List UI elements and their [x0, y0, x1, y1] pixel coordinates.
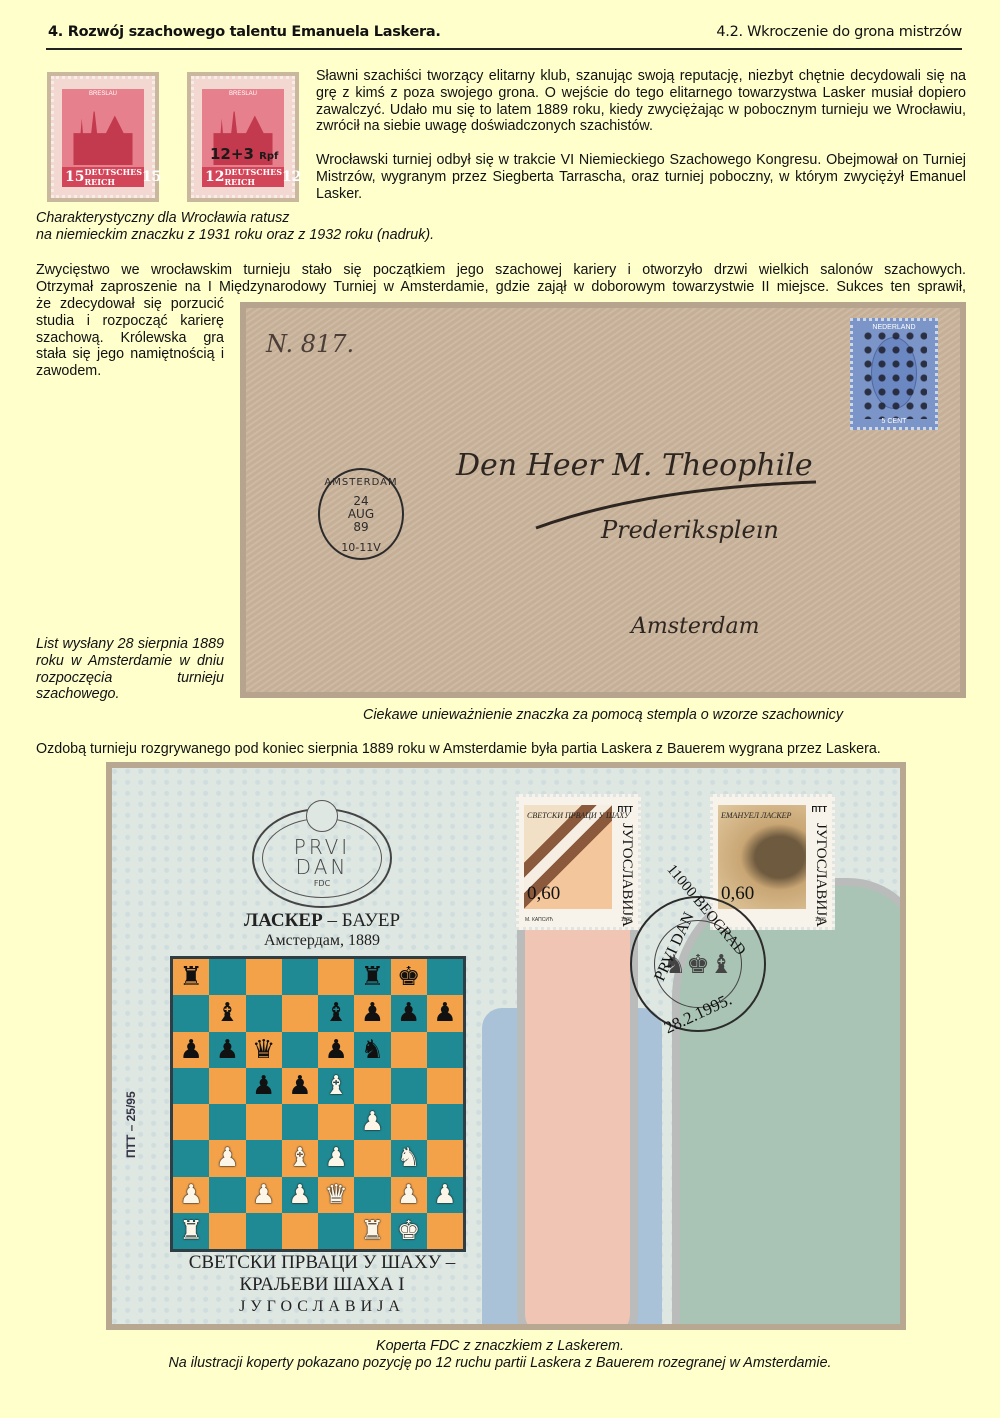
black-pawn-icon: ♟	[397, 1000, 420, 1026]
career-paragraph: Zwycięstwo we wrocławskim turnieju stało…	[36, 262, 966, 296]
letter-bottom-caption: Ciekawe unieważnienie znaczka za pomocą …	[240, 707, 966, 724]
square-a2: ♟	[173, 1177, 209, 1213]
series-title-1: СВЕТСКИ ПРВАЦИ У ШАХУ –	[152, 1252, 492, 1274]
fdc-players: ЛАСКЕР – БАУЕР	[152, 910, 492, 932]
square-a1: ♜	[173, 1213, 209, 1249]
square-c2: ♟	[246, 1177, 282, 1213]
black-king-icon: ♚	[397, 964, 420, 990]
square-h8	[427, 959, 463, 995]
square-b8	[209, 959, 245, 995]
pawn-silhouette	[517, 868, 638, 1324]
german-stamp-1932-overprint: BRESLAU 12+3 Rpf 12DEUTSCHES REICH12	[187, 72, 299, 202]
square-c3	[246, 1140, 282, 1176]
first-day-cancellation: ♞♚♝ 11000 BEOGRAD PRVI DAN 28.2.1995.	[630, 896, 766, 1032]
square-g7: ♟	[391, 995, 427, 1031]
black-pawn-icon: ♟	[433, 1000, 456, 1026]
black-bishop-icon: ♝	[216, 1000, 239, 1026]
dutch-stamp: NEDERLAND 5 CENT	[850, 318, 938, 430]
square-h6	[427, 1032, 463, 1068]
square-f7: ♟	[354, 995, 390, 1031]
square-d1	[282, 1213, 318, 1249]
black-rook-icon: ♜	[179, 964, 202, 990]
black-bishop-icon: ♝	[324, 1000, 347, 1026]
square-g5	[391, 1068, 427, 1104]
stamps-caption: Charakterystyczny dla Wrocławia ratusz n…	[36, 210, 556, 244]
white-rook-icon: ♜	[361, 1218, 384, 1244]
square-g1: ♚	[391, 1213, 427, 1249]
chessboard-cancellation	[861, 329, 927, 419]
white-bishop-icon: ♝	[324, 1073, 347, 1099]
intro-paragraph-1: Sławni szachiści tworzący elitarny klub,…	[316, 68, 966, 135]
black-pawn-icon: ♟	[216, 1037, 239, 1063]
square-f2	[354, 1177, 390, 1213]
square-b6: ♟	[209, 1032, 245, 1068]
square-c6: ♛	[246, 1032, 282, 1068]
black-pawn-icon: ♟	[252, 1073, 275, 1099]
square-e1	[318, 1213, 354, 1249]
square-b7: ♝	[209, 995, 245, 1031]
square-d2: ♟	[282, 1177, 318, 1213]
square-h2: ♟	[427, 1177, 463, 1213]
town-hall-illustration	[73, 107, 132, 166]
square-b2	[209, 1177, 245, 1213]
square-a6: ♟	[173, 1032, 209, 1068]
square-d6	[282, 1032, 318, 1068]
yu-stamp-chess-pieces: СВЕТСКИ ПРВАЦИ У ШАХУ ПТТ ЈУГОСЛАВИЈА 0,…	[516, 794, 641, 930]
german-stamp-1931: BRESLAU 15DEUTSCHES REICH15	[47, 72, 159, 202]
black-pawn-icon: ♟	[179, 1037, 202, 1063]
white-bishop-icon: ♝	[288, 1145, 311, 1171]
square-a8: ♜	[173, 959, 209, 995]
underline-stroke	[526, 478, 826, 538]
amsterdam-postmark: AMSTERDAM 24 AUG 89 10-11V	[318, 468, 404, 560]
square-f8: ♜	[354, 959, 390, 995]
square-e7: ♝	[318, 995, 354, 1031]
amsterdam-letter-envelope: N. 817. NEDERLAND 5 CENT AMSTERDAM 24 AU…	[240, 302, 966, 698]
black-knight-icon: ♞	[361, 1037, 384, 1063]
square-d5: ♟	[282, 1068, 318, 1104]
intro-paragraph-2: Wrocławski turniej odbył się w trakcie V…	[316, 152, 966, 202]
square-h1	[427, 1213, 463, 1249]
fdc-emblem-icon	[306, 800, 338, 832]
square-c4	[246, 1104, 282, 1140]
square-c5: ♟	[246, 1068, 282, 1104]
square-g3: ♞	[391, 1140, 427, 1176]
square-f3	[354, 1140, 390, 1176]
black-pawn-icon: ♟	[361, 1000, 384, 1026]
square-h7: ♟	[427, 995, 463, 1031]
square-f1: ♜	[354, 1213, 390, 1249]
white-pawn-icon: ♟	[433, 1182, 456, 1208]
black-rook-icon: ♜	[361, 964, 384, 990]
square-e4	[318, 1104, 354, 1140]
country-name: ЈУГОСЛАВИЈА	[152, 1298, 492, 1316]
square-e2: ♛	[318, 1177, 354, 1213]
square-e5: ♝	[318, 1068, 354, 1104]
white-pawn-icon: ♟	[361, 1109, 384, 1135]
square-h4	[427, 1104, 463, 1140]
square-c1	[246, 1213, 282, 1249]
square-b4	[209, 1104, 245, 1140]
fdc-place-year: Амстердам, 1889	[152, 932, 492, 950]
square-e3: ♟	[318, 1140, 354, 1176]
square-a4	[173, 1104, 209, 1140]
white-king-icon: ♚	[397, 1218, 420, 1244]
square-c8	[246, 959, 282, 995]
square-d7	[282, 995, 318, 1031]
white-pawn-icon: ♟	[324, 1145, 347, 1171]
square-a3	[173, 1140, 209, 1176]
catalog-mark: ПТТ – 25/95	[124, 1091, 138, 1158]
white-pawn-icon: ♟	[216, 1145, 239, 1171]
address-line-3: Amsterdam	[631, 614, 759, 639]
square-f6: ♞	[354, 1032, 390, 1068]
overprint-text: 12+3 Rpf	[210, 145, 280, 163]
black-queen-icon: ♛	[252, 1037, 275, 1063]
fdc-caption: Koperta FDC z znaczkiem z Laskerem. Na i…	[100, 1338, 900, 1372]
chessboard-position: ♜♜♚♝♝♟♟♟♟♟♛♟♞♟♟♝♟♟♝♟♞♟♟♟♛♟♟♜♜♚	[170, 956, 466, 1252]
series-title-2: КРАЉЕВИ ШАХА I	[152, 1274, 492, 1296]
square-g2: ♟	[391, 1177, 427, 1213]
letter-number-mark: N. 817.	[266, 330, 354, 358]
square-g6	[391, 1032, 427, 1068]
black-pawn-icon: ♟	[288, 1073, 311, 1099]
square-f5	[354, 1068, 390, 1104]
square-h3	[427, 1140, 463, 1176]
white-pawn-icon: ♟	[288, 1182, 311, 1208]
square-d3: ♝	[282, 1140, 318, 1176]
career-side-text: że zdecydował się porzucić studia i rozp…	[36, 296, 224, 380]
white-pawn-icon: ♟	[397, 1182, 420, 1208]
square-c7	[246, 995, 282, 1031]
white-knight-icon: ♞	[397, 1145, 420, 1171]
white-pawn-icon: ♟	[179, 1182, 202, 1208]
square-g4	[391, 1104, 427, 1140]
square-f4: ♟	[354, 1104, 390, 1140]
square-b1	[209, 1213, 245, 1249]
section-title: 4.2. Wkroczenie do grona mistrzów	[716, 24, 962, 40]
game-intro: Ozdobą turnieju rozgrywanego pod koniec …	[36, 741, 976, 758]
letter-side-caption: List wysłany 28 sierpnia 1889 roku w Ams…	[36, 636, 224, 703]
square-e6: ♟	[318, 1032, 354, 1068]
white-queen-icon: ♛	[324, 1182, 347, 1208]
square-g8: ♚	[391, 959, 427, 995]
square-a7	[173, 995, 209, 1031]
chapter-title: 4. Rozwój szachowego talentu Emanuela La…	[48, 24, 441, 40]
square-b5	[209, 1068, 245, 1104]
white-rook-icon: ♜	[179, 1218, 202, 1244]
black-pawn-icon: ♟	[324, 1037, 347, 1063]
header-divider	[46, 48, 962, 50]
square-h5	[427, 1068, 463, 1104]
square-e8	[318, 959, 354, 995]
white-pawn-icon: ♟	[252, 1182, 275, 1208]
square-a5	[173, 1068, 209, 1104]
square-d8	[282, 959, 318, 995]
square-d4	[282, 1104, 318, 1140]
fdc-envelope: PRVI DAN FDC ЛАСКЕР – БАУЕР Амстердам, 1…	[106, 762, 906, 1330]
square-b3: ♟	[209, 1140, 245, 1176]
prvi-dan-logo: PRVI DAN FDC	[252, 808, 392, 908]
